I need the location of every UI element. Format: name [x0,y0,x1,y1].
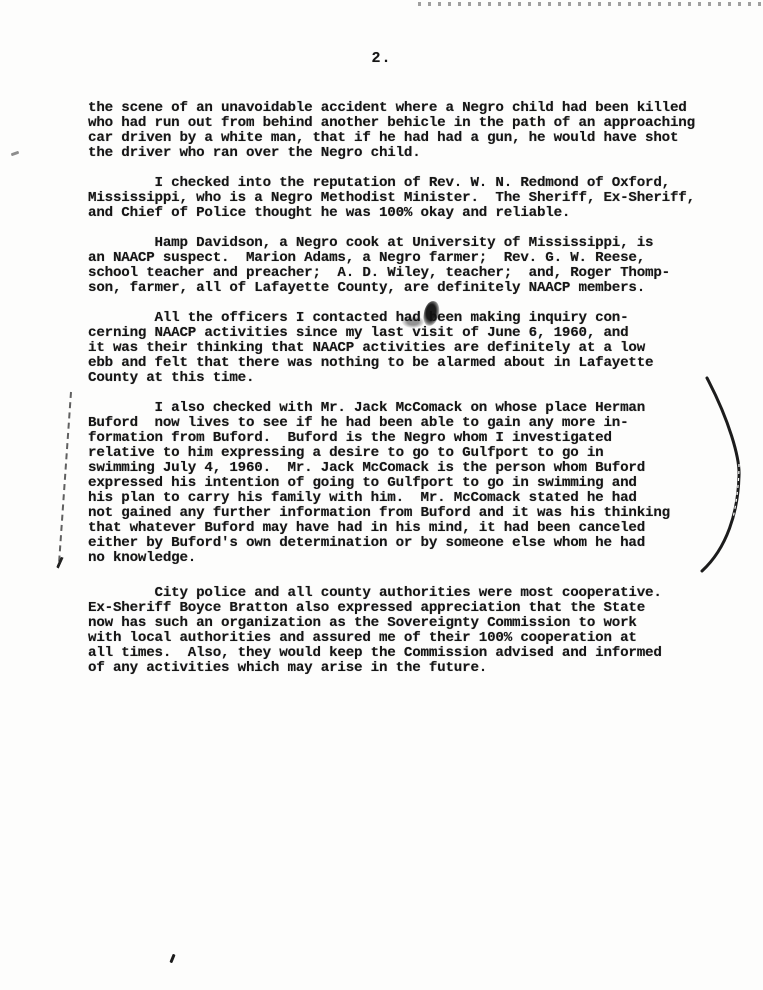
paragraph: I also checked with Mr. Jack McComack on… [88,401,728,566]
paragraph: Hamp Davidson, a Negro cook at Universit… [88,236,728,296]
bottom-tick-mark [169,954,175,963]
paragraph: I checked into the reputation of Rev. W.… [88,176,728,221]
paragraph: City police and all county authorities w… [88,586,728,676]
closing-paren-stroke [695,372,755,577]
paragraph: the scene of an unavoidable accident whe… [88,101,728,161]
ink-smudge-small [402,316,424,328]
margin-dashed-line-left [58,392,72,562]
margin-speck [11,151,20,157]
document-page: 2. the scene of an unavoidable accident … [0,0,763,990]
typewritten-text: the scene of an unavoidable accident whe… [88,101,728,691]
scan-edge-dotted-line [418,2,763,6]
margin-closing-paren-right [695,372,755,577]
page-number: 2. [0,50,763,67]
